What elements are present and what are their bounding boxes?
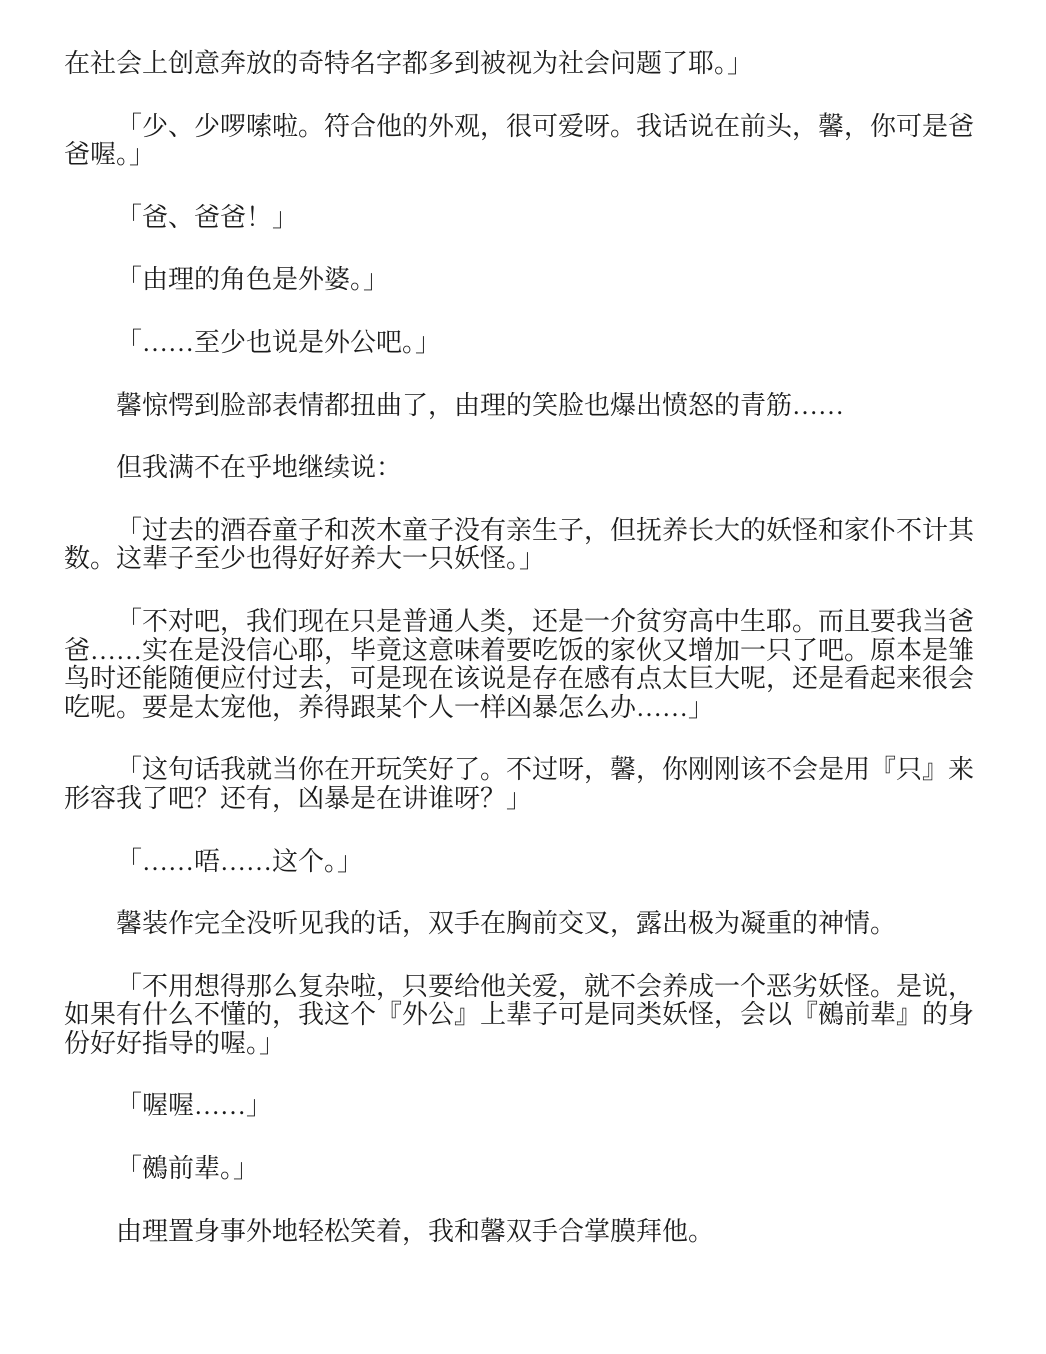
paragraph-2: 「少、少啰嗦啦。符合他的外观，很可爱呀。我话说在前头，馨，你可是爸爸喔。」 (64, 113, 974, 170)
paragraph-15: 「鵺前辈。」 (64, 1155, 974, 1184)
paragraph-8: 「过去的酒吞童子和茨木童子没有亲生子，但抚养长大的妖怪和家仆不计其数。这辈子至少… (64, 517, 974, 574)
paragraph-13: 「不用想得那么复杂啦，只要给他关爱，就不会养成一个恶劣妖怪。是说，如果有什么不懂… (64, 973, 974, 1059)
novel-page: 在社会上创意奔放的奇特名字都多到被视为社会问题了耶。」 「少、少啰嗦啦。符合他的… (0, 0, 1046, 1354)
paragraph-3: 「爸、爸爸！」 (64, 204, 974, 233)
paragraph-1: 在社会上创意奔放的奇特名字都多到被视为社会问题了耶。」 (64, 50, 974, 79)
paragraph-6: 馨惊愕到脸部表情都扭曲了，由理的笑脸也爆出愤怒的青筋…… (64, 392, 974, 421)
paragraph-4: 「由理的角色是外婆。」 (64, 266, 974, 295)
paragraph-11: 「……唔……这个。」 (64, 848, 974, 877)
paragraph-12: 馨装作完全没听见我的话，双手在胸前交叉，露出极为凝重的神情。 (64, 910, 974, 939)
paragraph-10: 「这句话我就当你在开玩笑好了。不过呀，馨，你刚刚该不会是用『只』来形容我了吧？还… (64, 756, 974, 813)
text-block: 在社会上创意奔放的奇特名字都多到被视为社会问题了耶。」 「少、少啰嗦啦。符合他的… (64, 50, 974, 1246)
paragraph-9: 「不对吧，我们现在只是普通人类，还是一介贫穷高中生耶。而且要我当爸爸……实在是没… (64, 608, 974, 722)
paragraph-7: 但我满不在乎地继续说： (64, 454, 974, 483)
paragraph-16: 由理置身事外地轻松笑着，我和馨双手合掌膜拜他。 (64, 1218, 974, 1247)
paragraph-14: 「喔喔……」 (64, 1092, 974, 1121)
paragraph-5: 「……至少也说是外公吧。」 (64, 329, 974, 358)
